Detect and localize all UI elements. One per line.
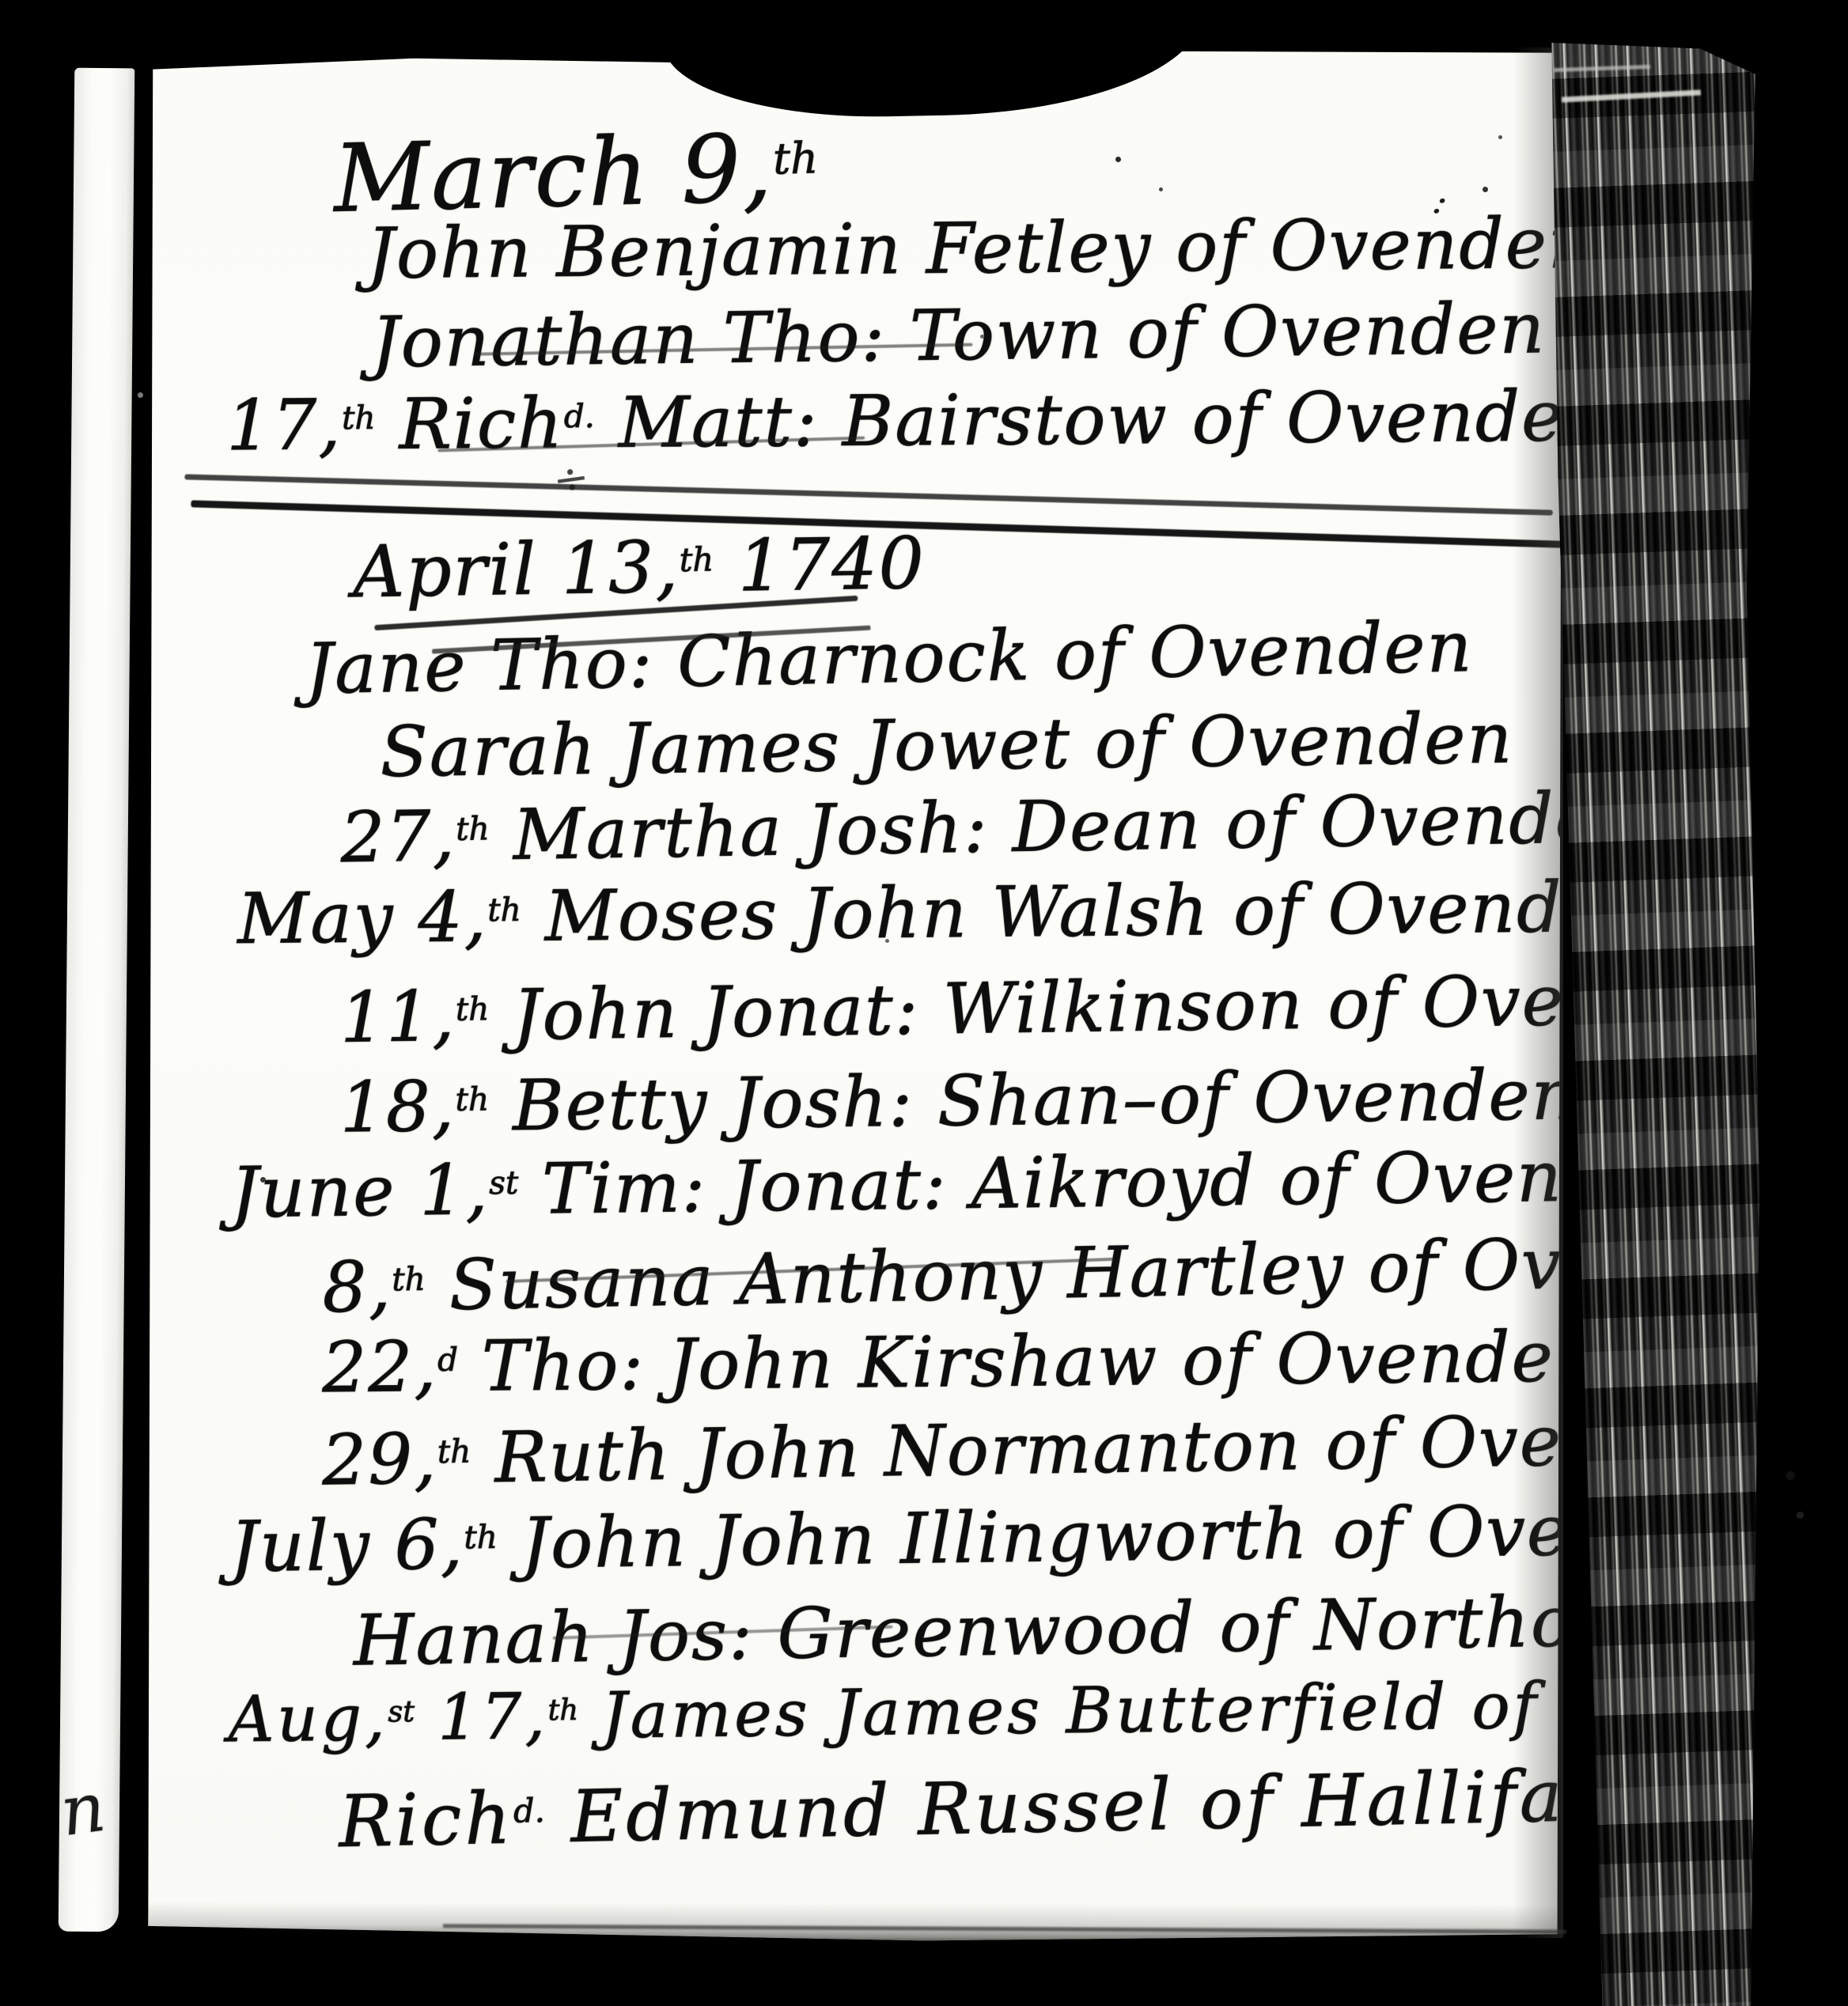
register-line: 17,th Richd. Matt: Bairstow of Ovenden (226, 375, 1611, 466)
line-text: Sarah James Jowet of Ovenden (380, 697, 1514, 792)
book-fore-edge (1547, 43, 1759, 2006)
line-text: Rich (338, 1777, 514, 1864)
ordinal-superscript: th (437, 1432, 471, 1470)
fore-edge-highlight (1554, 65, 1650, 72)
manuscript-scan: { "document": { "kind_note": "handwritte… (0, 0, 1848, 2006)
register-line: 22,d Tho: John Kirshaw of Ovenden (322, 1315, 1601, 1408)
ordinal-superscript: d (437, 1341, 458, 1379)
line-text: July 6, (229, 1503, 464, 1588)
page-edge-shadow (1513, 47, 1563, 1938)
ordinal-superscript: th (772, 133, 818, 184)
division-squiggle-mark: ÷ (550, 452, 592, 506)
register-page: March 9,th John Benjamin Fetley of Ovend… (144, 44, 1565, 1945)
line-text: May 4, (237, 876, 488, 959)
line-text: John John Illingworth of Ovenden (497, 1488, 1751, 1584)
scan-dark-area (147, 28, 701, 63)
line-text: Aug, (228, 1681, 388, 1756)
register-line: May 4,th Moses John Walsh of Ovenden (237, 865, 1653, 959)
ordinal-superscript: st (388, 1694, 415, 1728)
ordinal-superscript: d. (564, 397, 595, 435)
previous-page-edge: n (59, 68, 135, 1932)
ordinal-superscript: th (456, 809, 490, 848)
ordinal-superscript: d. (513, 1792, 546, 1830)
ordinal-superscript: st (489, 1164, 519, 1202)
register-line: 27,th Martha Josh: Dean of Ovenden (340, 776, 1645, 878)
page-bottom-shadow (149, 1902, 1562, 1945)
ordinal-superscript: th (547, 1693, 578, 1727)
handwriting-fragment: n (56, 1768, 110, 1852)
ordinal-superscript: th (392, 1260, 426, 1299)
line-text: 17, (226, 384, 343, 466)
register-line: 8,th Susana Anthony Hartley of Ovenden (322, 1219, 1788, 1329)
line-text: 18, (339, 1065, 456, 1149)
line-text: 29, (321, 1417, 438, 1501)
line-text: 1740 (713, 522, 926, 608)
register-line: Sarah James Jowet of Ovenden (380, 697, 1514, 792)
line-text: Martha Josh: Dean of Ovenden (489, 776, 1645, 876)
line-text: Edmund Russel of Hallifax (544, 1754, 1609, 1859)
paper-specks (0, 0, 2, 2)
ordinal-superscript: th (342, 399, 376, 437)
line-text: 17, (415, 1679, 549, 1754)
line-text: 8, (322, 1246, 393, 1329)
line-text: 11, (339, 975, 456, 1058)
line-text: Jonathan Tho: Town of Ovenden (371, 287, 1547, 383)
line-text: 27, (340, 795, 457, 878)
ordinal-superscript: th (679, 540, 714, 579)
register-line: Richd. Edmund Russel of Hallifax (338, 1754, 1609, 1864)
line-text: Matt: Bairstow of Ovenden (594, 375, 1611, 464)
register-line: Jonathan Tho: Town of Ovenden (371, 287, 1547, 383)
ordinal-superscript: th (487, 891, 521, 929)
line-text: Betty Josh: Shan–of Ovenden (489, 1054, 1578, 1146)
line-text: Moses John Walsh of Ovenden (521, 865, 1652, 956)
register-line: 18,th Betty Josh: Shan–of Ovenden (339, 1054, 1577, 1148)
ordinal-superscript: th (464, 1518, 498, 1557)
ordinal-superscript: th (456, 990, 490, 1028)
line-text: Rich (375, 382, 564, 465)
line-text: Tho: John Kirshaw of Ovenden (458, 1315, 1601, 1407)
fore-edge-highlight (1562, 89, 1701, 102)
line-text: John Benjamin Fetley of Ovenden (366, 202, 1595, 295)
line-text: April 13, (352, 526, 680, 614)
line-text: June 1, (230, 1149, 490, 1233)
ordinal-superscript: th (455, 1080, 489, 1118)
register-line: John Benjamin Fetley of Ovenden (366, 202, 1595, 295)
line-text: 22, (322, 1326, 438, 1408)
